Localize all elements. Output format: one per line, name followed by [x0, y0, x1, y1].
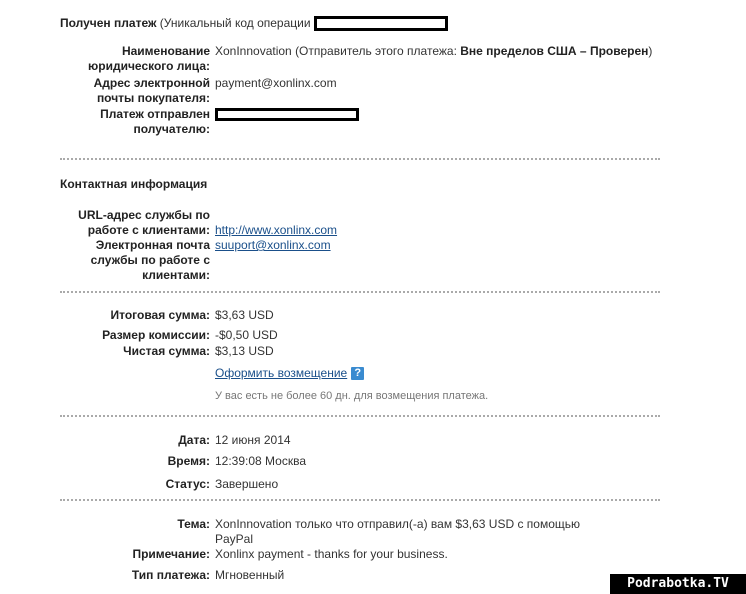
support-url-cell: http://www.xonlinx.com: [215, 208, 700, 238]
entity-name: XonInnovation (Отправитель этого платежа…: [215, 44, 460, 58]
divider: [60, 415, 660, 417]
buyer-email-label: Адрес электронной почты покупателя:: [60, 76, 215, 106]
sender-status: Вне пределов США – Проверен: [460, 44, 648, 58]
sent-to-row: Платеж отправлен получателю:: [60, 107, 700, 137]
refund-note-row: У вас есть не более 60 дн. для возмещени…: [60, 389, 700, 404]
fee-row: Размер комиссии: -$0,50 USD: [60, 328, 700, 343]
net-label: Чистая сумма:: [60, 344, 215, 359]
total-label: Итоговая сумма:: [60, 308, 215, 323]
date-value: 12 июня 2014: [215, 433, 700, 448]
entity-close: ): [648, 44, 652, 58]
date-label: Дата:: [60, 433, 215, 448]
buyer-email-row: Адрес электронной почты покупателя: paym…: [60, 76, 700, 106]
subject-value: XonInnovation только что отправил(-а) ва…: [215, 517, 595, 547]
redacted-transaction-id: [314, 16, 448, 31]
sent-to-value: [215, 107, 700, 137]
refund-spacer: [60, 366, 215, 381]
payment-type-label: Тип платежа:: [60, 568, 215, 583]
refund-cell: Оформить возмещение?: [215, 366, 700, 381]
divider: [60, 499, 660, 501]
contact-section-title: Контактная информация: [60, 177, 207, 191]
entity-value: XonInnovation (Отправитель этого платежа…: [215, 44, 700, 74]
refund-row: Оформить возмещение?: [60, 366, 700, 381]
page-title: Получен платеж (Уникальный код операции: [60, 16, 448, 31]
divider: [60, 291, 660, 293]
status-label: Статус:: [60, 477, 215, 492]
time-value: 12:39:08 Москва: [215, 454, 700, 469]
status-row: Статус: Завершено: [60, 477, 700, 492]
support-email-link[interactable]: suuport@xonlinx.com: [215, 238, 331, 252]
redacted-recipient: [215, 108, 359, 121]
subject-label: Тема:: [60, 517, 215, 547]
support-url-link[interactable]: http://www.xonlinx.com: [215, 223, 337, 237]
entity-row: Наименование юридического лица: XonInnov…: [60, 44, 700, 74]
support-email-label: Электронная почта службы по работе с кли…: [60, 238, 215, 283]
date-row: Дата: 12 июня 2014: [60, 433, 700, 448]
net-value: $3,13 USD: [215, 344, 700, 359]
time-label: Время:: [60, 454, 215, 469]
refund-note: У вас есть не более 60 дн. для возмещени…: [215, 389, 700, 404]
net-row: Чистая сумма: $3,13 USD: [60, 344, 700, 359]
support-email-row: Электронная почта службы по работе с кли…: [60, 238, 700, 283]
note-row: Примечание: Xonlinx payment - thanks for…: [60, 547, 700, 562]
support-url-label: URL-адрес службы по работе с клиентами:: [60, 208, 215, 238]
buyer-email-value: payment@xonlinx.com: [215, 76, 700, 106]
watermark: Podrabotka.TV: [610, 574, 746, 594]
payment-type-row: Тип платежа: Мгновенный: [60, 568, 700, 583]
time-row: Время: 12:39:08 Москва: [60, 454, 700, 469]
issue-refund-link[interactable]: Оформить возмещение: [215, 366, 347, 380]
entity-label: Наименование юридического лица:: [60, 44, 215, 74]
title-transaction-id-label: (Уникальный код операции: [156, 16, 313, 30]
support-url-row: URL-адрес службы по работе с клиентами: …: [60, 208, 700, 238]
divider: [60, 158, 660, 160]
sent-to-label: Платеж отправлен получателю:: [60, 107, 215, 137]
note-label: Примечание:: [60, 547, 215, 562]
title-bold: Получен платеж: [60, 16, 156, 30]
total-value: $3,63 USD: [215, 308, 700, 323]
fee-label: Размер комиссии:: [60, 328, 215, 343]
total-row: Итоговая сумма: $3,63 USD: [60, 308, 700, 323]
support-email-cell: suuport@xonlinx.com: [215, 238, 700, 283]
status-value: Завершено: [215, 477, 700, 492]
subject-row: Тема: XonInnovation только что отправил(…: [60, 517, 700, 547]
note-value: Xonlinx payment - thanks for your busine…: [215, 547, 700, 562]
refund-note-spacer: [60, 389, 215, 404]
fee-value: -$0,50 USD: [215, 328, 700, 343]
help-icon[interactable]: ?: [351, 367, 364, 380]
